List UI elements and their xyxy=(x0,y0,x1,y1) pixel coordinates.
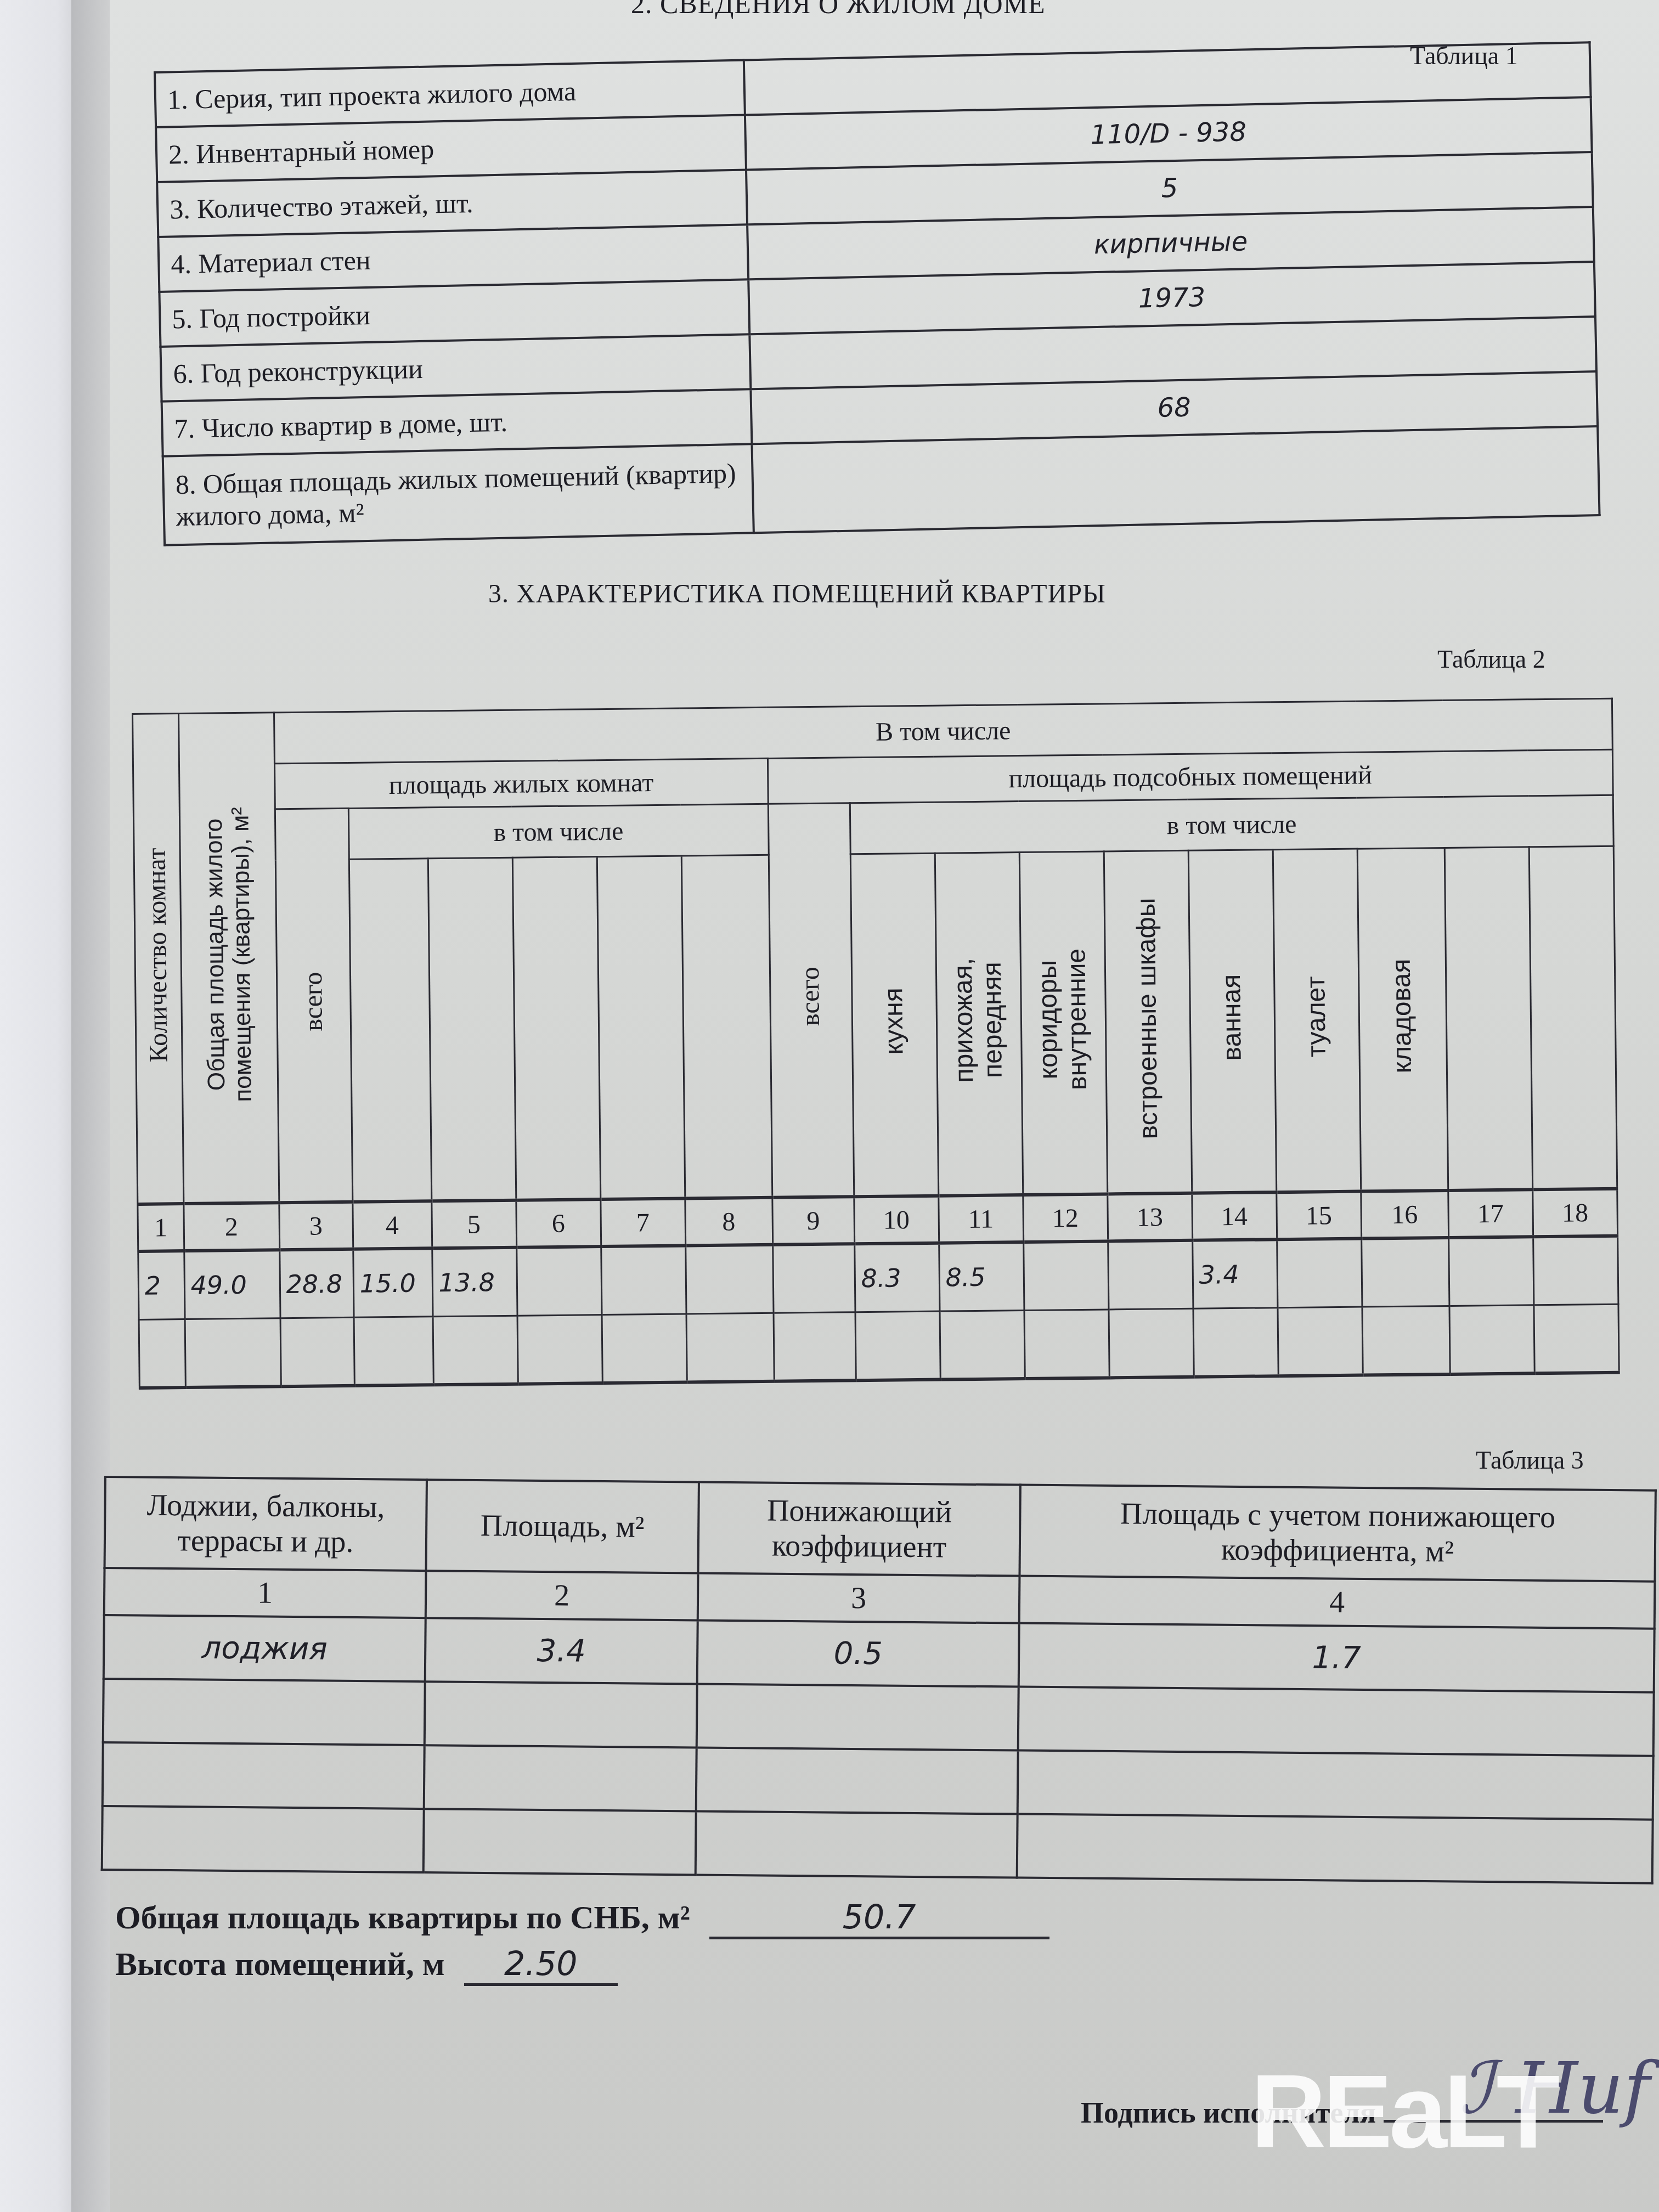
col-room-7 xyxy=(597,856,685,1199)
room-6-cell xyxy=(516,1246,601,1316)
room-height-line: Высота помещений, м 2.50 xyxy=(115,1945,618,1986)
col-18-header xyxy=(1529,846,1617,1189)
room-7-cell xyxy=(601,1245,686,1314)
col-wardrobes-header: встроенные шкафы xyxy=(1104,850,1192,1194)
col-room-6 xyxy=(512,857,601,1200)
table-header-row: Лоджии, балконы, террасы и др. Площадь, … xyxy=(105,1477,1656,1582)
reduced-area-cell: 1.7 xyxy=(1019,1623,1655,1692)
room-4-cell: 15.0 xyxy=(353,1248,432,1317)
realt-watermark-logo: REaLT xyxy=(1251,2052,1557,2171)
loggias-table: Лоджии, балконы, террасы и др. Площадь, … xyxy=(101,1476,1657,1884)
total-living-area-value xyxy=(752,426,1599,533)
col-corridors-header: коридоры внутренние xyxy=(1019,851,1108,1195)
col-17-header xyxy=(1444,847,1533,1190)
table-row xyxy=(102,1806,1653,1883)
area-cell: 3.4 xyxy=(425,1618,698,1684)
col-room-5 xyxy=(428,857,516,1201)
col-living-total-header: всего xyxy=(275,808,352,1203)
coefficient-cell: 0.5 xyxy=(697,1620,1019,1686)
table2-caption: Таблица 2 xyxy=(1437,645,1545,674)
room-height-label: Высота помещений, м xyxy=(115,1946,445,1982)
section3-title: 3. ХАРАКТЕРИСТИКА ПОМЕЩЕНИЙ КВАРТИРЫ xyxy=(488,579,1106,609)
col-room-4 xyxy=(349,859,431,1202)
total-area-label: Общая площадь квартиры по СНБ, м² xyxy=(115,1899,690,1936)
kitchen-cell: 8.3 xyxy=(854,1243,939,1312)
aux-total-cell xyxy=(772,1244,855,1313)
hall-cell: 8.5 xyxy=(939,1242,1024,1311)
col-bath-header: ванная xyxy=(1188,850,1277,1193)
toilet-cell xyxy=(1277,1239,1362,1308)
auxiliary-area-header: площадь подсобных помещений xyxy=(768,749,1613,804)
total-area-value: 50.7 xyxy=(709,1898,1049,1939)
wardrobes-cell xyxy=(1108,1240,1193,1310)
apartment-rooms-table: Количество комнат Общая площадь жилого п… xyxy=(132,698,1620,1390)
col-hall-header: прихожая, передняя xyxy=(935,853,1023,1196)
row-label: 8. Общая площадь жилых помещений (кварти… xyxy=(163,444,754,545)
total-area-line: Общая площадь квартиры по СНБ, м² 50.7 xyxy=(115,1898,1049,1939)
living-total-cell: 28.8 xyxy=(279,1249,353,1318)
col-kitchen-header: кухня xyxy=(850,853,939,1197)
total-area-cell: 49.0 xyxy=(184,1250,280,1319)
loggia-type-header: Лоджии, балконы, террасы и др. xyxy=(105,1477,427,1571)
col-17-cell xyxy=(1448,1237,1533,1306)
living-area-header: площадь жилых комнат xyxy=(274,758,768,809)
area-header: Площадь, м² xyxy=(426,1480,699,1573)
building-info-table: 1. Серия, тип проекта жилого дома 2. Инв… xyxy=(154,41,1601,546)
room-5-cell: 13.8 xyxy=(432,1248,517,1317)
adjacent-page xyxy=(0,0,82,2212)
col-aux-total-header: всего xyxy=(768,803,854,1198)
col-storage-header: кладовая xyxy=(1357,848,1448,1191)
living-including-header: в том числе xyxy=(348,804,769,859)
section2-title: 2. СВЕДЕНИЯ О ЖИЛОМ ДОМЕ xyxy=(631,0,1046,20)
col-room-8 xyxy=(681,855,772,1198)
bath-cell: 3.4 xyxy=(1192,1239,1277,1308)
loggia-type-cell: лоджия xyxy=(104,1615,426,1681)
coefficient-header: Понижающий коэффициент xyxy=(698,1482,1020,1576)
col-rooms-header: Количество комнат xyxy=(133,714,184,1204)
storage-cell xyxy=(1361,1238,1449,1307)
table3-caption: Таблица 3 xyxy=(1476,1446,1584,1475)
rooms-count-cell: 2 xyxy=(138,1251,185,1319)
col-toilet-header: туалет xyxy=(1273,849,1361,1192)
col-total-area-header: Общая площадь жилого помещения (квартиры… xyxy=(178,713,279,1204)
col-18-cell xyxy=(1533,1236,1618,1305)
room-8-cell xyxy=(685,1245,773,1314)
corridors-cell xyxy=(1023,1241,1108,1310)
reduced-area-header: Площадь с учетом понижающего коэффициент… xyxy=(1019,1485,1655,1582)
aux-including-header: в том числе xyxy=(850,795,1613,854)
room-height-value: 2.50 xyxy=(464,1945,618,1986)
